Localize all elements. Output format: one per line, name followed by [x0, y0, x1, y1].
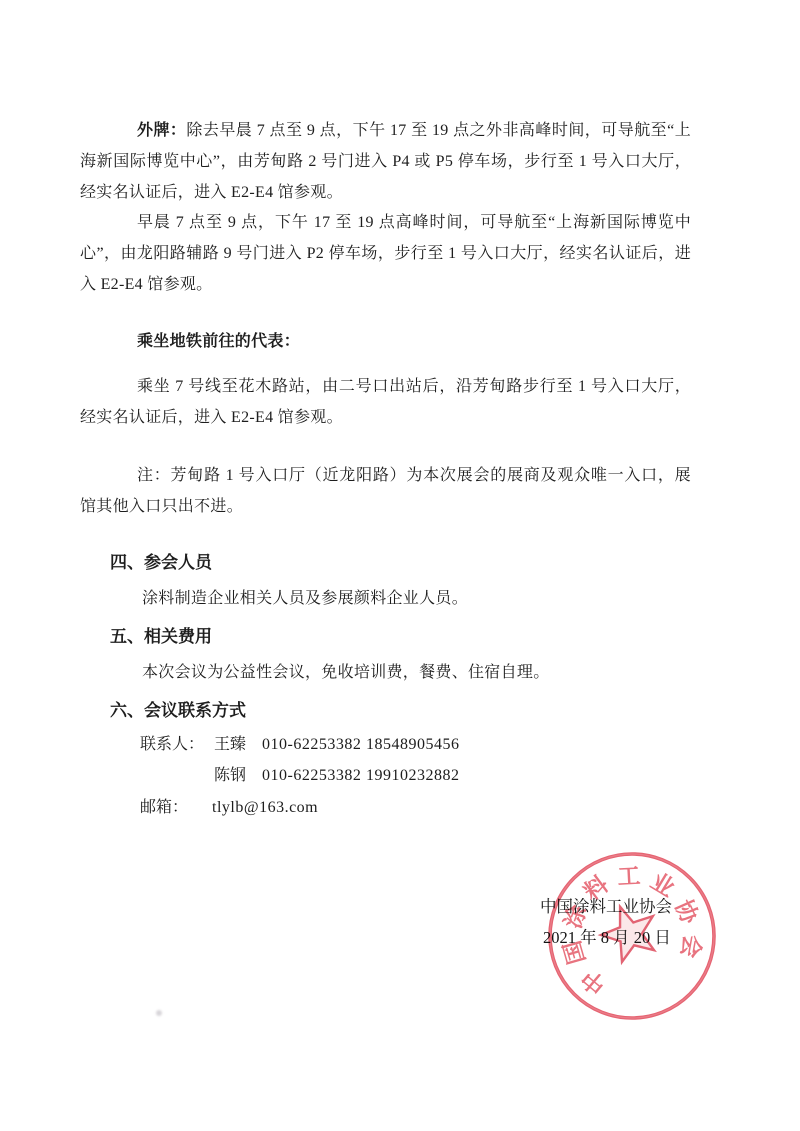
contact-line-2: 陈钢 010-62253382 19910232882	[0, 764, 800, 788]
document-page: 外牌：除去早晨 7 点至 9 点，下午 17 至 19 点之外非高峰时间，可导航…	[0, 0, 800, 1131]
contact2-telephone: 010-62253382	[262, 764, 361, 788]
note-paragraph: 注：芳甸路 1 号入口厅（近龙阳路）为本次展会的展商及观众唯一入口，展馆其他入口…	[80, 460, 691, 522]
seal-arc-char-8: 会	[676, 933, 706, 960]
metro-section-title: 乘坐地铁前往的代表：	[80, 326, 748, 357]
email-line: 邮箱： tlylb@163.com	[0, 796, 800, 820]
contact2-mobile: 19910232882	[366, 764, 460, 788]
paragraph-peak-directions: 早晨 7 点至 9 点，下午 17 至 19 点高峰时间，可导航至“上海新国际博…	[80, 207, 691, 300]
scan-speck	[156, 1010, 162, 1016]
section6-title: 六、会议联系方式	[110, 699, 246, 723]
seal-arc-char-7: 协	[670, 896, 703, 928]
seal-arc-char-1: 中	[577, 965, 611, 999]
seal-arc-char-5: 工	[617, 864, 641, 890]
section5-body: 本次会议为公益性会议，免收培训费，餐费、住宿自理。	[80, 657, 753, 688]
section5-title: 五、相关费用	[110, 625, 212, 649]
contact1-mobile: 18548905456	[366, 733, 460, 757]
paragraph-offpeak-directions: 外牌：除去早晨 7 点至 9 点，下午 17 至 19 点之外非高峰时间，可导航…	[80, 115, 691, 208]
paragraph-lead-waipai: 外牌：	[137, 122, 186, 139]
signature-date: 2021 年 8 月 20 日	[543, 924, 671, 948]
contact2-name: 陈钢	[214, 764, 246, 788]
section4-title: 四、参会人员	[110, 551, 212, 575]
contact1-telephone: 010-62253382	[262, 733, 361, 757]
signature-org: 中国涂料工业协会	[540, 893, 672, 917]
contact1-name: 王臻	[214, 733, 246, 757]
metro-section-body: 乘坐 7 号线至花木路站，由二号口出站后，沿芳甸路步行至 1 号入口大厅，经实名…	[80, 371, 691, 433]
contact-line-1: 联系人： 王臻 010-62253382 18548905456	[0, 733, 800, 757]
section4-body: 涂料制造企业相关人员及参展颜料企业人员。	[80, 583, 753, 614]
contact-label: 联系人：	[140, 733, 204, 757]
email-value: tlylb@163.com	[212, 796, 318, 820]
email-label: 邮箱：	[140, 796, 188, 820]
